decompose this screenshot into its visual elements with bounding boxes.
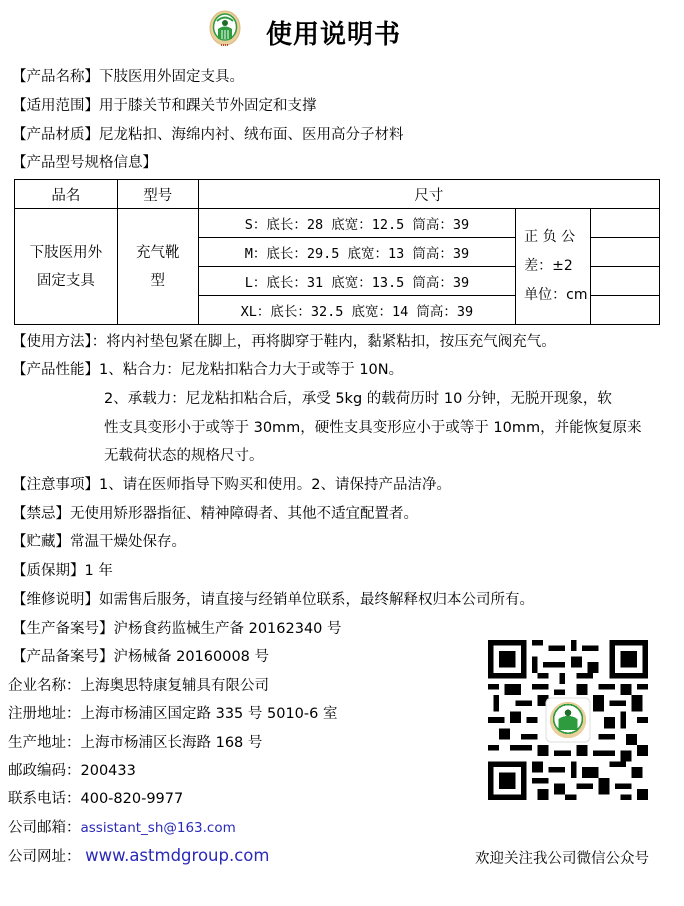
wechat-qr-code-icon: [488, 640, 648, 800]
table-header-row: 品名 型号 尺寸: [15, 180, 660, 209]
company-logo-icon: [209, 10, 241, 50]
material-label: 【产品材质】: [12, 127, 99, 143]
cell-tolerance: 正 负 公 差：±2 单位：cm: [516, 209, 591, 325]
repair-line: 【维修说明】如需售后服务，请直接与经销单位联系，最终解释权归本公司所有。: [12, 590, 534, 610]
product-record-label: 【产品备案号】: [12, 649, 114, 665]
production-address-line: 生产地址：上海市杨浦区长海路 168 号: [8, 733, 262, 753]
cell-extra: [591, 267, 660, 296]
phone-label: 联系电话：: [8, 791, 81, 807]
email-link[interactable]: assistant_sh@163.com: [81, 820, 236, 836]
warranty-label: 【质保期】: [12, 563, 85, 579]
usage-value: ：将内衬垫包紧在脚上，再将脚穿于鞋内，黏紧粘扣，按压充气阀充气。: [92, 334, 556, 350]
product-name-line1: 下肢医用外: [15, 239, 117, 267]
material-value: 尼龙粘扣、海绵内衬、绒布面、医用高分子材料: [99, 127, 404, 143]
page-title: 使用说明书: [266, 14, 401, 51]
notes-line: 【注意事项】1、请在医师指导下购买和使用。2、请保持产品洁净。: [12, 475, 451, 495]
scope-label: 【适用范围】: [12, 98, 99, 114]
spec-info-label: 【产品型号规格信息】: [12, 155, 157, 171]
usage-label: 【使用方法】: [12, 334, 92, 350]
repair-label: 【维修说明】: [12, 592, 99, 608]
product-name-line2: 固定支具: [15, 267, 117, 295]
cell-size-xl: XL：底长：32.5 底宽：14 筒高：39: [198, 296, 515, 325]
qr-caption: 欢迎关注我公司微信公众号: [475, 847, 649, 868]
tolerance-line3: 单位：cm: [524, 281, 590, 310]
email-label: 公司邮箱：: [8, 820, 81, 836]
table-row: 下肢医用外 固定支具 充气靴 型 S：底长：28 底宽：12.5 筒高：39 正…: [15, 209, 660, 238]
usage-line: 【使用方法】：将内衬垫包紧在脚上，再将脚穿于鞋内，黏紧粘扣，按压充气阀充气。: [12, 332, 556, 352]
performance-item2-line3: 无载荷状态的规格尺寸。: [104, 446, 264, 466]
contraindications-value: 无使用矫形器指征、精神障碍者、其他不适宜配置者。: [70, 506, 418, 522]
product-name-line: 【产品名称】下肢医用外固定支具。: [12, 67, 244, 87]
cell-extra: [591, 296, 660, 325]
phone-line: 联系电话：400-820-9977: [8, 789, 183, 809]
cropped-text-strip: [60, 0, 684, 3]
registered-address: 上海市杨浦区国定路 335 号 5010-6 室: [81, 706, 338, 722]
phone: 400-820-9977: [81, 791, 184, 807]
company-name-line: 企业名称：上海奥思特康复辅具有限公司: [8, 676, 269, 696]
postcode-label: 邮政编码：: [8, 763, 81, 779]
website-link[interactable]: www.astmdgroup.com: [85, 846, 269, 865]
cell-size-l: L：底长：31 底宽：13.5 筒高：39: [198, 267, 515, 296]
performance-label: 【产品性能】: [12, 362, 99, 378]
website-label: 公司网址：: [8, 849, 81, 865]
spec-table: 品名 型号 尺寸 下肢医用外 固定支具 充气靴 型 S：底长：28 底宽：12.…: [14, 179, 660, 325]
company-name: 上海奥思特康复辅具有限公司: [81, 678, 270, 694]
warranty-value: 1 年: [85, 563, 113, 579]
performance-item2-line1: 2、承载力：尼龙粘扣粘合后，承受 5kg 的载荷历时 10 分钟，无脱开现象，软: [104, 389, 612, 409]
header-model: 型号: [117, 180, 198, 209]
cell-model: 充气靴 型: [117, 209, 198, 325]
production-record-value: 沪杨食药监械生产备 20162340 号: [114, 621, 342, 637]
storage-label: 【贮藏】: [12, 534, 70, 550]
cell-product-name: 下肢医用外 固定支具: [15, 209, 118, 325]
product-record-value: 沪杨械备 20160008 号: [114, 649, 270, 665]
warranty-line: 【质保期】1 年: [12, 561, 113, 581]
cell-size-s: S：底长：28 底宽：12.5 筒高：39: [198, 209, 515, 238]
registered-address-line: 注册地址：上海市杨浦区国定路 335 号 5010-6 室: [8, 704, 337, 724]
product-name-label: 【产品名称】: [12, 69, 99, 85]
material-line: 【产品材质】尼龙粘扣、海绵内衬、绒布面、医用高分子材料: [12, 125, 404, 145]
production-record-label: 【生产备案号】: [12, 621, 114, 637]
cell-extra: [591, 209, 660, 238]
spec-info-heading: 【产品型号规格信息】: [12, 153, 157, 173]
product-record-line: 【产品备案号】沪杨械备 20160008 号: [12, 647, 269, 667]
production-record-line: 【生产备案号】沪杨食药监械生产备 20162340 号: [12, 619, 342, 639]
contraindications-label: 【禁忌】: [12, 506, 70, 522]
storage-line: 【贮藏】常温干燥处保存。: [12, 532, 186, 552]
repair-value: 如需售后服务，请直接与经销单位联系，最终解释权归本公司所有。: [99, 592, 534, 608]
cell-size-m: M：底长：29.5 底宽：13 筒高：39: [198, 238, 515, 267]
email-line: 公司邮箱：assistant_sh@163.com: [8, 818, 236, 838]
tolerance-line1: 正 负 公: [524, 223, 590, 252]
registered-address-label: 注册地址：: [8, 706, 81, 722]
company-name-label: 企业名称：: [8, 678, 81, 694]
model-line2: 型: [118, 267, 198, 295]
contraindications-line: 【禁忌】无使用矫形器指征、精神障碍者、其他不适宜配置者。: [12, 504, 418, 524]
product-name-value: 下肢医用外固定支具。: [99, 69, 244, 85]
postcode: 200433: [81, 763, 136, 779]
cell-extra: [591, 238, 660, 267]
header-product-name: 品名: [15, 180, 118, 209]
tolerance-line2: 差：±2: [524, 252, 590, 281]
performance-item1: 1、粘合力：尼龙粘扣粘合力大于或等于 10N。: [99, 362, 403, 378]
postcode-line: 邮政编码：200433: [8, 761, 136, 781]
production-address: 上海市杨浦区长海路 168 号: [81, 735, 263, 751]
model-line1: 充气靴: [118, 239, 198, 267]
performance-item2-line2: 性支具变形小于或等于 30mm，硬性支具变形应小于或等于 10mm，并能恢复原来: [104, 418, 642, 438]
scope-value: 用于膝关节和踝关节外固定和支撑: [99, 98, 317, 114]
scope-line: 【适用范围】用于膝关节和踝关节外固定和支撑: [12, 96, 317, 116]
performance-line: 【产品性能】1、粘合力：尼龙粘扣粘合力大于或等于 10N。: [12, 360, 403, 380]
storage-value: 常温干燥处保存。: [70, 534, 186, 550]
website-line: 公司网址： www.astmdgroup.com: [8, 846, 269, 867]
notes-label: 【注意事项】: [12, 477, 99, 493]
notes-value: 1、请在医师指导下购买和使用。2、请保持产品洁净。: [99, 477, 451, 493]
production-address-label: 生产地址：: [8, 735, 81, 751]
header-size: 尺寸: [198, 180, 659, 209]
